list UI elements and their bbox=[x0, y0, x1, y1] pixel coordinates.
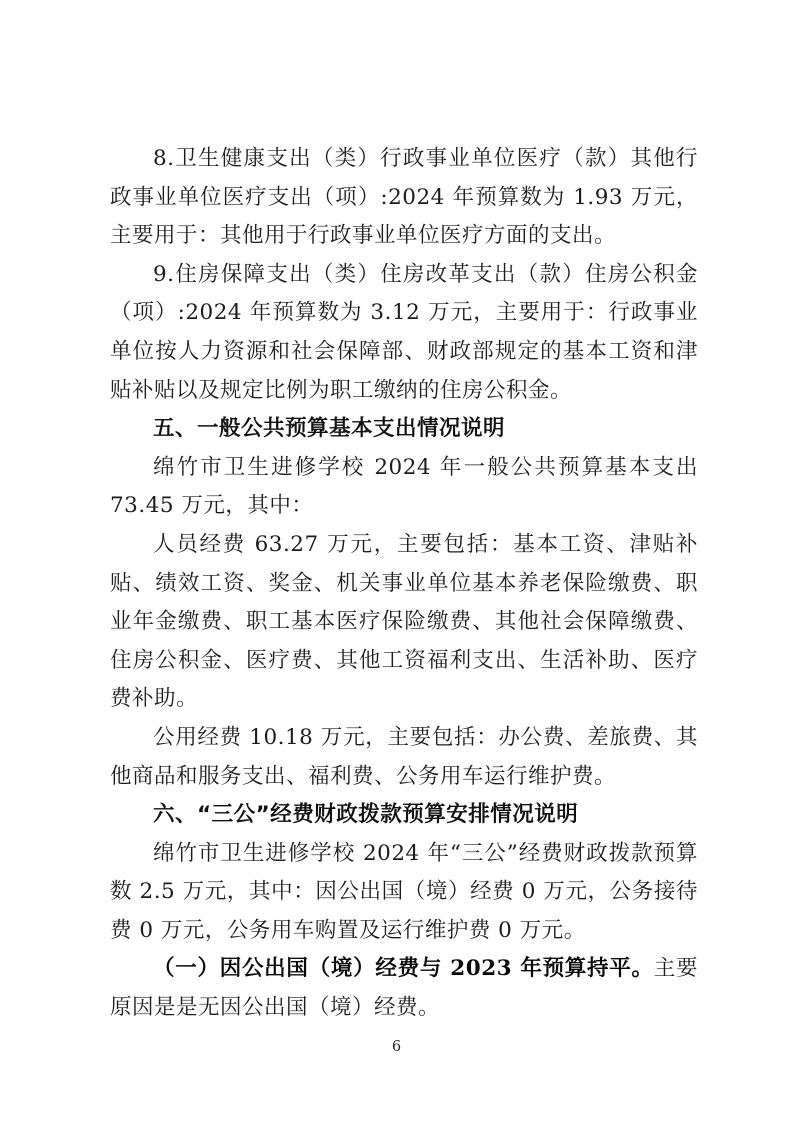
paragraph-basic-expenditure-total: 绵竹市卫生进修学校 2024 年一般公共预算基本支出 73.45 万元，其中： bbox=[110, 449, 698, 526]
document-page: 8.卫生健康支出（类）行政事业单位医疗（款）其他行政事业单位医疗支出（项）:20… bbox=[0, 0, 793, 1122]
page-footer: 6 bbox=[0, 1036, 793, 1055]
section-heading-six-three-public-funds: 六、“三公”经费财政拨款预算安排情况说明 bbox=[110, 796, 698, 835]
paragraph-housing-expense-item-9: 9.住房保障支出（类）住房改革支出（款）住房公积金（项）:2024 年预算数为 … bbox=[110, 256, 698, 410]
paragraph-three-public-funds-total: 绵竹市卫生进修学校 2024 年“三公”经费财政拨款预算数 2.5 万元，其中：… bbox=[110, 835, 698, 951]
document-body: 8.卫生健康支出（类）行政事业单位医疗（款）其他行政事业单位医疗支出（项）:20… bbox=[110, 140, 698, 1028]
section-heading-five-basic-expenditure: 五、一般公共预算基本支出情况说明 bbox=[110, 410, 698, 449]
paragraph-personnel-funds: 人员经费 63.27 万元，主要包括：基本工资、津贴补贴、绩效工资、奖金、机关事… bbox=[110, 526, 698, 719]
paragraph-overseas-travel-funds: （一）因公出国（境）经费与 2023 年预算持平。主要原因是是无因公出国（境）经… bbox=[110, 950, 698, 1027]
overseas-travel-lead-bold-text: （一）因公出国（境）经费与 2023 年预算持平。 bbox=[153, 956, 654, 981]
paragraph-health-expense-item-8: 8.卫生健康支出（类）行政事业单位医疗（款）其他行政事业单位医疗支出（项）:20… bbox=[110, 140, 698, 256]
paragraph-public-funds: 公用经费 10.18 万元，主要包括：办公费、差旅费、其他商品和服务支出、福利费… bbox=[110, 719, 698, 796]
page-number: 6 bbox=[392, 1039, 401, 1055]
